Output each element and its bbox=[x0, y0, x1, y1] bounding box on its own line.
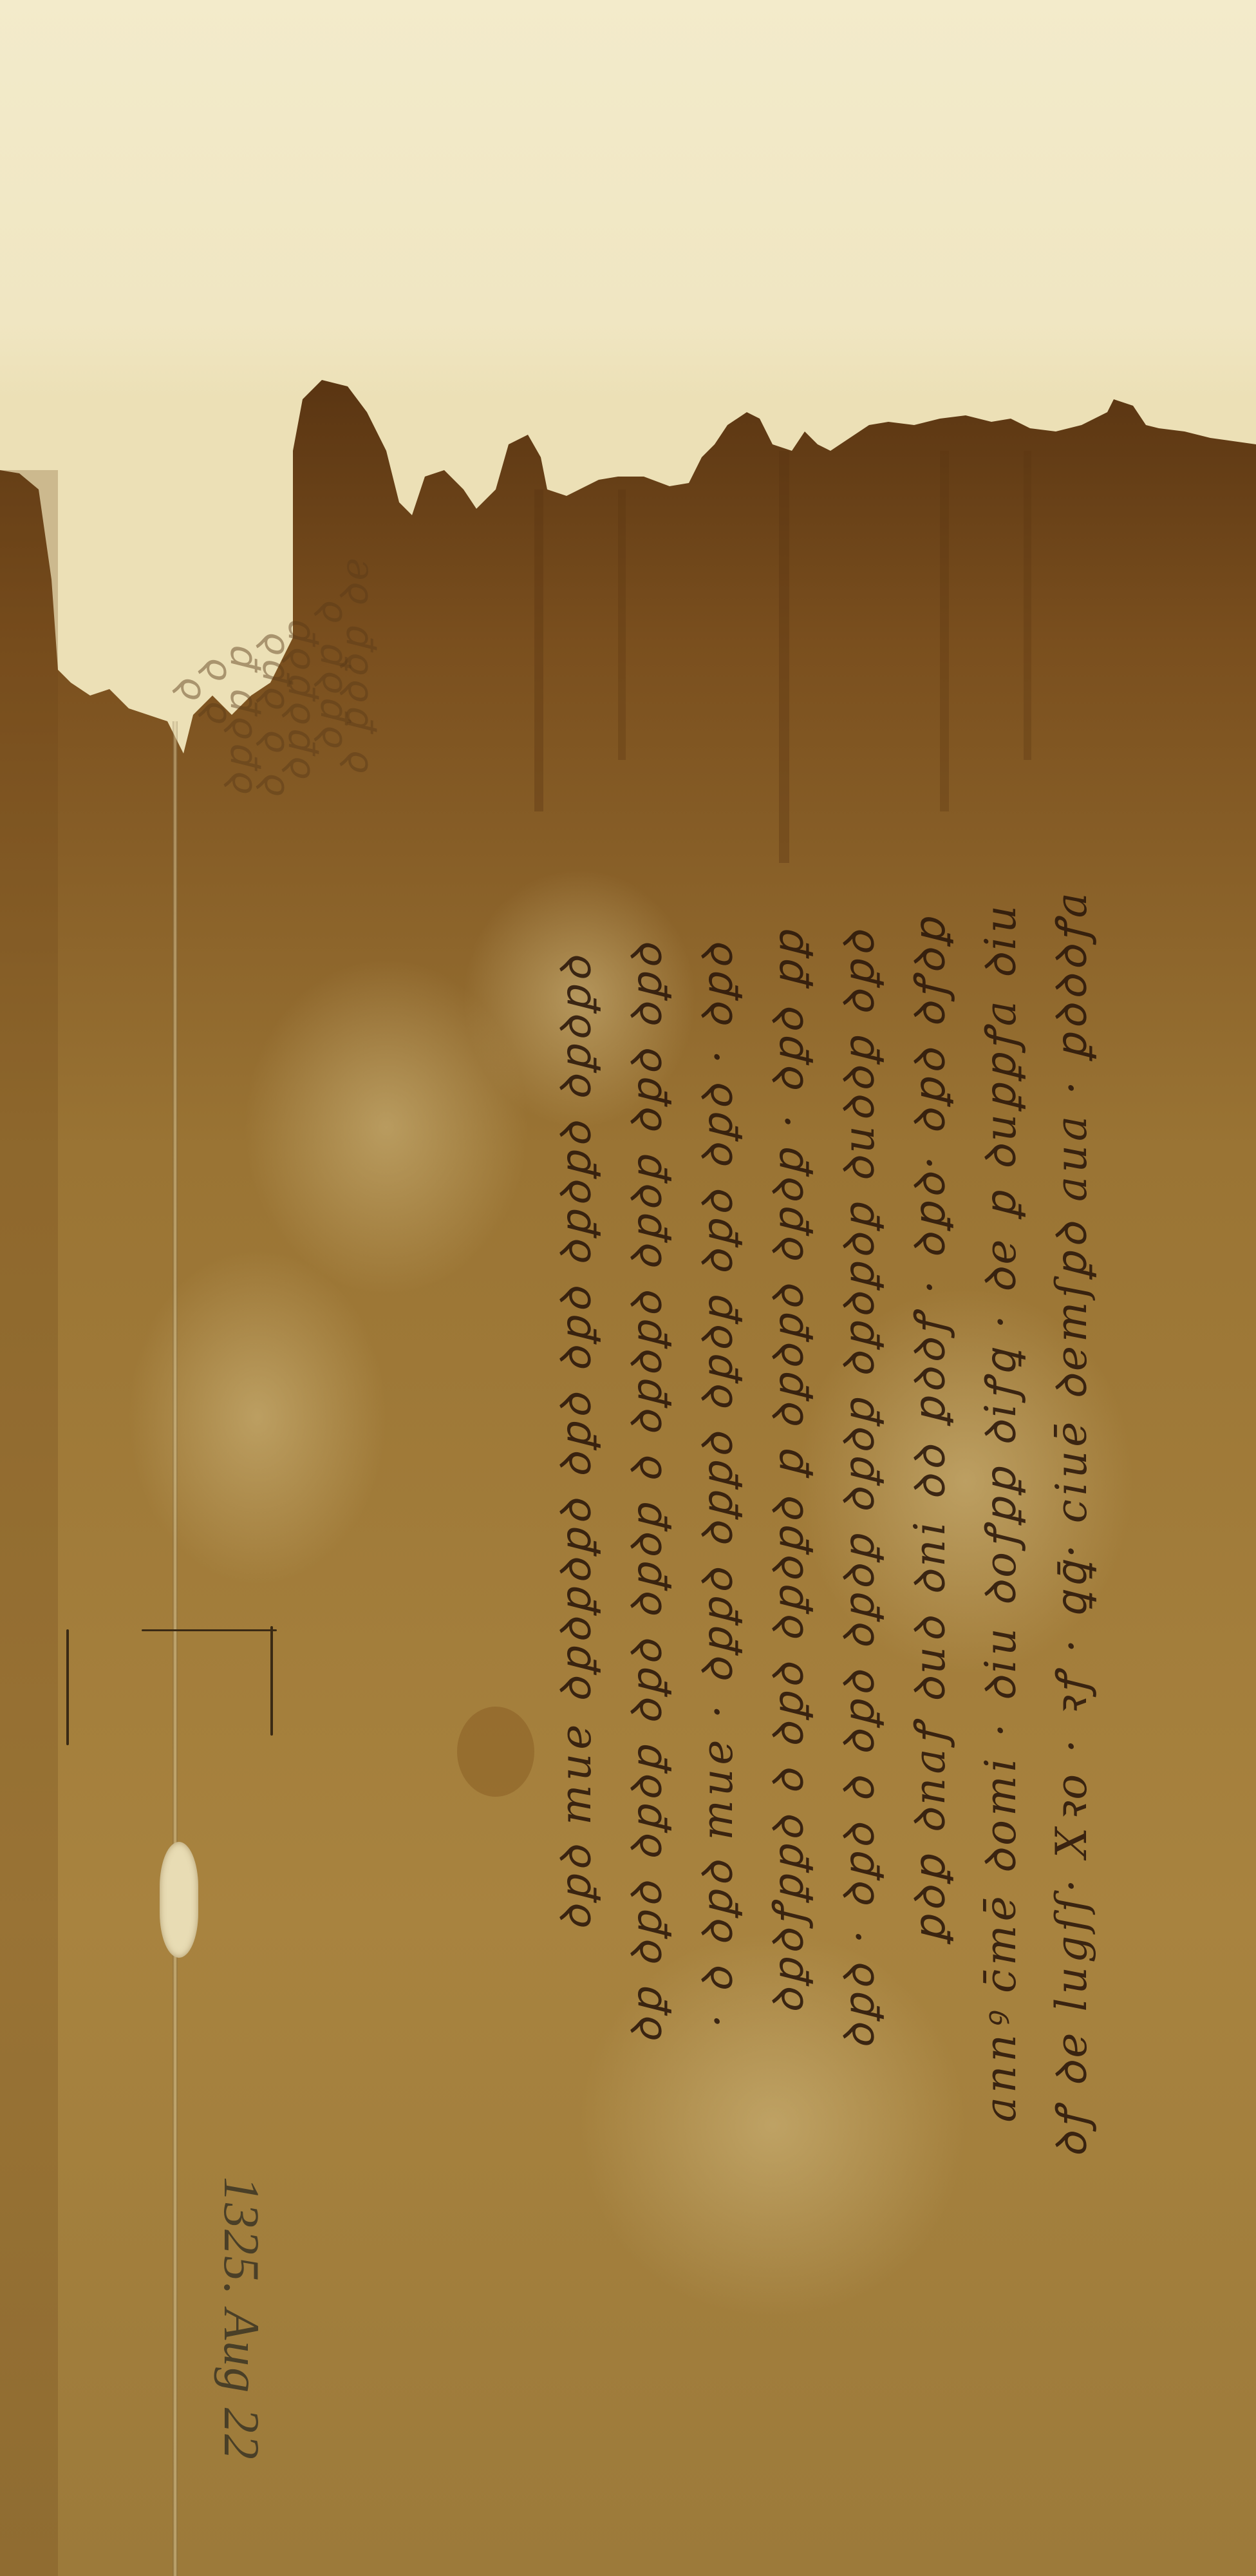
script-line-5: ꝺꝑꝺꝭꝑꝑꝺ ꝺ ꝺꝑꝺ ꝺꝑꝺꝑꝺ ꝑ ꝺꝑꝺꝑꝺ ꝺꝑꝺꝑ · ꝺꝑꝺ ꝑ… bbox=[760, 927, 818, 2014]
ruling-mark bbox=[270, 1626, 273, 1736]
script-line-8: ꝺꝑꝺ mue ꝺꝑꝺꝑꝺꝑꝺ ꝺꝑꝺ ꝺꝑꝺ ꝺꝑꝺꝑꝺ ꝺꝑꝺꝑꝺ bbox=[547, 953, 605, 1931]
handwritten-text-block: ꝺꝭ ꝺe lugſſ· Xꝛo · ꝛꝭ · ꝗꝗ̄· ciuē ꝺemſꝑꝺ… bbox=[476, 889, 1120, 2434]
ruling-mark bbox=[142, 1629, 277, 1631]
parchment-sheet: ꝺ ꝑꝺꝺꝑ ꝺe ꝺꝑꝺꝑ ꝺ ꝺꝑꝺꝑꝺꝑ ꝺ ꝺ ꝺꝑꝺ ꝺꝑꝺꝑ ꝑ ꝺ… bbox=[0, 0, 1256, 2576]
script-line-1: ꝺꝭ ꝺe lugſſ· Xꝛo · ꝛꝭ · ꝗꝗ̄· ciuē ꝺemſꝑꝺ… bbox=[1043, 889, 1101, 2158]
fold-tear bbox=[160, 1842, 198, 1958]
script-line-6: · ꝺ ꝺꝑꝺ mue · ꝺꝑꝑꝺ ꝺꝑꝑꝺ ꝺꝑꝺꝑ ꝺꝑꝺ ꝺꝑꝺ · ꝺ… bbox=[689, 940, 747, 2028]
fold-crease bbox=[173, 721, 178, 2576]
faded-line: ꝺ bbox=[161, 676, 214, 703]
script-line-2: annꝰ c̄mē ꝺomi · ꝺiu ꝺoꝭꝑꝑ ꝺiꝭꝗ · ꝺe ꝑ ꝺ… bbox=[972, 902, 1030, 2122]
ruling-mark bbox=[66, 1629, 69, 1745]
pencil-date-annotation: 1325. Aug 22 bbox=[212, 2177, 270, 2461]
script-line-4: ꝺꝑꝺ · ꝺꝑꝺ ꝺ ꝺꝑꝺ ꝺꝑꝺꝑ ꝺꝑꝺꝑ ꝺꝑꝺꝑꝺꝑ ꝺuꝺꝺꝑ ꝺ… bbox=[830, 927, 888, 2050]
script-line-3: ꝑꝺꝑ ꝺnaꝭ ꝺuꝺ ꝺni ꝺꝺ ꝑꝺꝺꝭ · ꝺꝑꝺ· ꝺꝑꝺ ꝺꝭꝺꝑ bbox=[901, 914, 959, 1943]
script-line-7: ꝺꝑ ꝺꝑꝺ ꝺꝑꝺꝑ ꝺꝑꝺ ꝺꝑꝺꝑ ꝺ ꝺꝑꝺꝑꝺ ꝺꝑꝺꝑ ꝺꝑꝺ ꝺꝑ… bbox=[618, 940, 676, 2044]
